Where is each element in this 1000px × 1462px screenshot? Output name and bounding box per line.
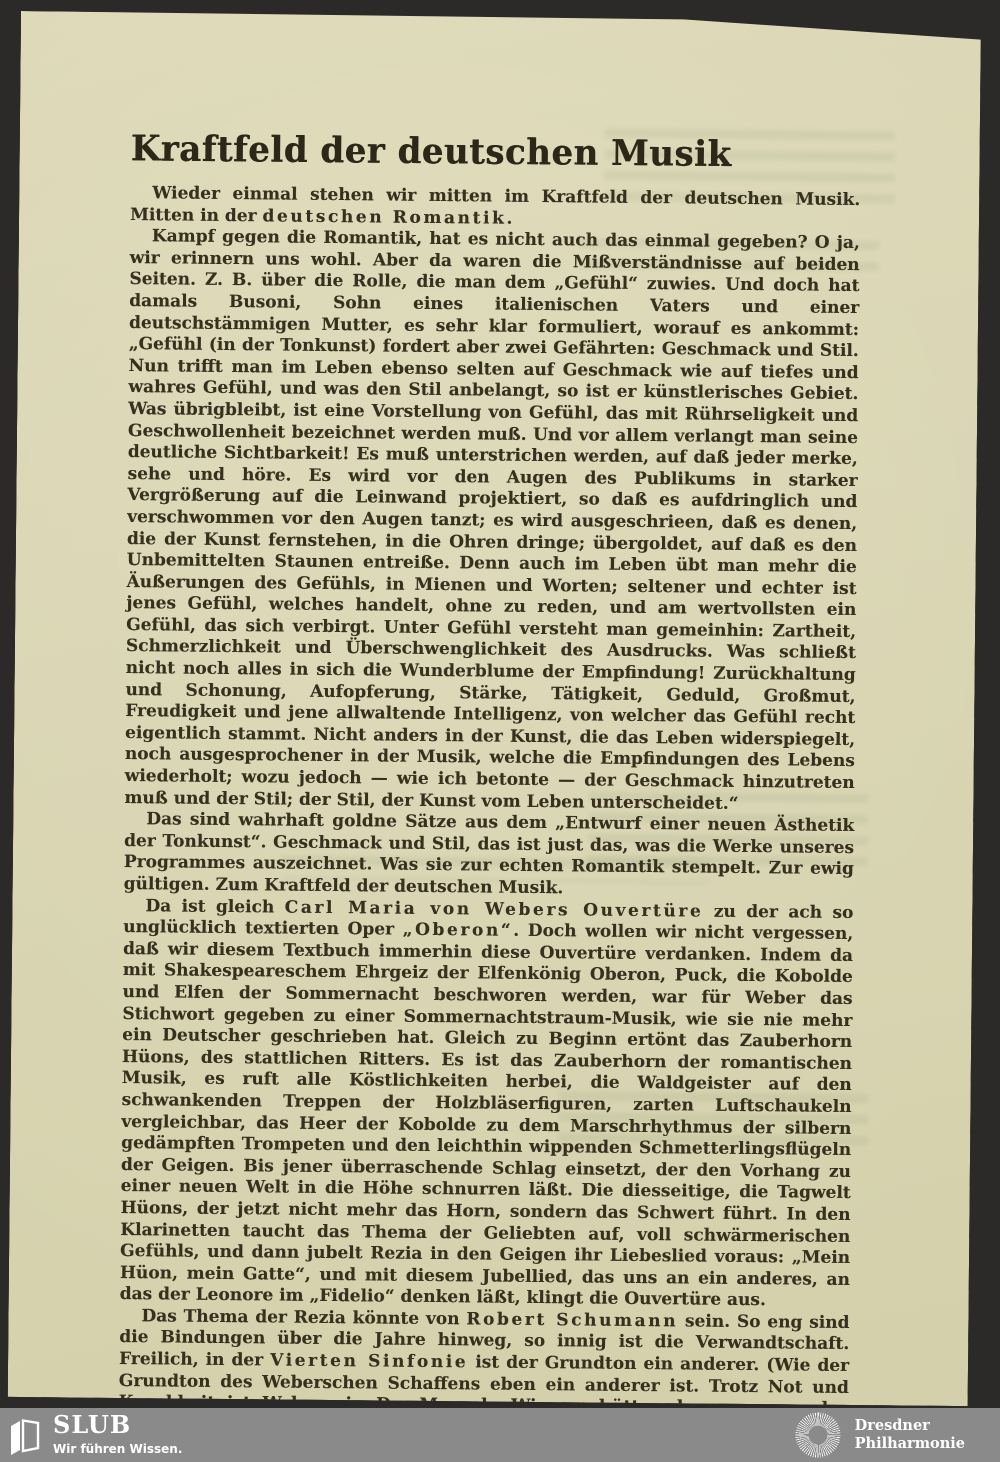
slub-wordmark: SLUB bbox=[53, 1413, 182, 1437]
paragraph: Da ist gleich Carl Maria von Webers Ouve… bbox=[120, 896, 854, 1313]
philharmonie-name-line1: Dresdner bbox=[855, 1417, 965, 1435]
slub-tagline: Wir führen Wissen. bbox=[53, 1442, 182, 1456]
paragraph: Wieder einmal stehen wir mitten im Kraft… bbox=[130, 183, 860, 233]
scan-viewport: Kraftfeld der deutschen Musik Wieder ein… bbox=[0, 0, 1000, 1462]
philharmonie-text-column: Dresdner Philharmonie bbox=[855, 1417, 965, 1453]
footer-bar: SLUB Wir führen Wissen. Dresdner Philhar… bbox=[0, 1408, 1000, 1462]
paragraph: Kampf gegen die Romantik, hat es nicht a… bbox=[124, 226, 860, 816]
article-body: Wieder einmal stehen wir mitten im Kraft… bbox=[118, 183, 860, 1442]
page-title: Kraftfeld der deutschen Musik bbox=[130, 128, 860, 177]
paragraph: Das sind wahrhaft goldne Sätze aus dem „… bbox=[124, 809, 855, 902]
philharmonie-logo: Dresdner Philharmonie bbox=[795, 1412, 965, 1458]
slub-logo: SLUB Wir führen Wissen. bbox=[10, 1413, 182, 1456]
sunburst-icon bbox=[795, 1412, 841, 1458]
open-book-icon bbox=[10, 1417, 40, 1455]
philharmonie-name-line2: Philharmonie bbox=[855, 1435, 965, 1453]
scanned-page: Kraftfeld der deutschen Musik Wieder ein… bbox=[8, 11, 981, 1406]
slub-text-column: SLUB Wir führen Wissen. bbox=[53, 1413, 182, 1456]
